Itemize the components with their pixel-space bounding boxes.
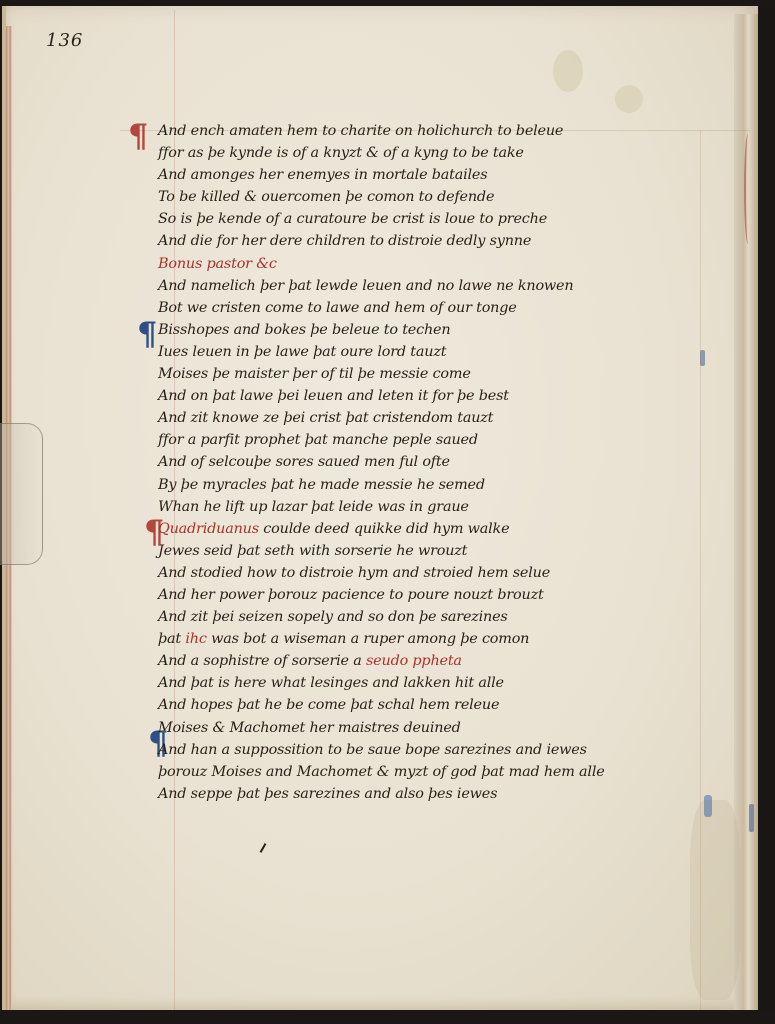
text-line: And han a suppossition to be saue bope s…	[158, 739, 758, 761]
text-line: And her power þorouz pacience to poure n…	[158, 584, 758, 606]
text-line: þat ihc was bot a wiseman a ruper among …	[158, 628, 758, 650]
blue-paragraph-mark-icon: ¶	[137, 318, 157, 350]
parchment-stain	[690, 800, 740, 1000]
text-line: Quadriduanus coulde deed quikke did hym …	[158, 518, 758, 540]
text-line: Moises þe maister þer of til þe messie c…	[158, 363, 758, 385]
text-line: ffor a parfit prophet þat manche peple s…	[158, 429, 758, 451]
text-line: And of selcouþe sores saued men ful ofte	[158, 451, 758, 473]
text-line: And ench amaten hem to charite on holich…	[158, 120, 758, 142]
gutter-blue-ink-mark	[749, 804, 754, 832]
text-line: And hopes þat he be come þat schal hem r…	[158, 694, 758, 716]
text-line: And seppe þat þes sarezines and also þes…	[158, 783, 758, 805]
text-line: And stodied how to distroie hym and stro…	[158, 562, 758, 584]
parchment-stain	[615, 85, 643, 113]
manuscript-text-block: And ench amaten hem to charite on holich…	[158, 120, 758, 805]
text-line: Moises & Machomet her maistres deuined	[158, 717, 758, 739]
rubric-word: ihc	[185, 631, 206, 647]
text-line: And amonges her enemyes in mortale batai…	[158, 164, 758, 186]
red-paragraph-mark-icon: ¶	[128, 120, 148, 152]
text-line: Whan he lift up lazar þat leide was in g…	[158, 496, 758, 518]
book-clasp-strap	[0, 423, 43, 565]
book-bottom-edge	[0, 1010, 775, 1024]
folio-number: 136	[46, 30, 83, 51]
text-line-start: þat	[158, 631, 185, 647]
text-line: þorouz Moises and Machomet & myzt of god…	[158, 761, 758, 783]
text-line: And a sophistre of sorserie a seudo pphe…	[158, 650, 758, 672]
manuscript-viewer: 136 ¶ ¶ ¶ ¶ And ench amaten hem to chari…	[0, 0, 775, 1024]
text-line: ffor as þe kynde is of a knyzt & of a ky…	[158, 142, 758, 164]
text-line: And die for her dere children to distroi…	[158, 230, 758, 252]
rubric-word: Quadriduanus	[158, 521, 259, 537]
text-line: And zit knowe ze þei crist þat cristendo…	[158, 407, 758, 429]
text-line: Bot we cristen come to lawe and hem of o…	[158, 297, 758, 319]
text-line: Iues leuen in þe lawe þat oure lord tauz…	[158, 341, 758, 363]
text-line-rest: coulde deed quikke did hym walke	[259, 521, 509, 537]
text-line: And zit þei seizen sopely and so don þe …	[158, 606, 758, 628]
text-line: And þat is here what lesinges and lakken…	[158, 672, 758, 694]
text-line: And namelich þer þat lewde leuen and no …	[158, 275, 758, 297]
text-line-start: And a sophistre of sorserie a	[158, 653, 366, 669]
text-line: So is þe kende of a curatoure be crist i…	[158, 208, 758, 230]
text-line: And on þat lawe þei leuen and leten it f…	[158, 385, 758, 407]
rubric-word: seudo ppheta	[366, 653, 462, 669]
parchment-stain	[553, 50, 583, 92]
rubric-heading: Bonus pastor &c	[158, 253, 758, 275]
text-line: By þe myracles þat he made messie he sem…	[158, 474, 758, 496]
text-line-rest: was bot a wiseman a ruper among þe comon	[207, 631, 530, 647]
text-line: Jewes seid þat seth with sorserie he wro…	[158, 540, 758, 562]
text-line: To be killed & ouercomen þe comon to def…	[158, 186, 758, 208]
text-line: Bisshopes and bokes þe beleue to techen	[158, 319, 758, 341]
